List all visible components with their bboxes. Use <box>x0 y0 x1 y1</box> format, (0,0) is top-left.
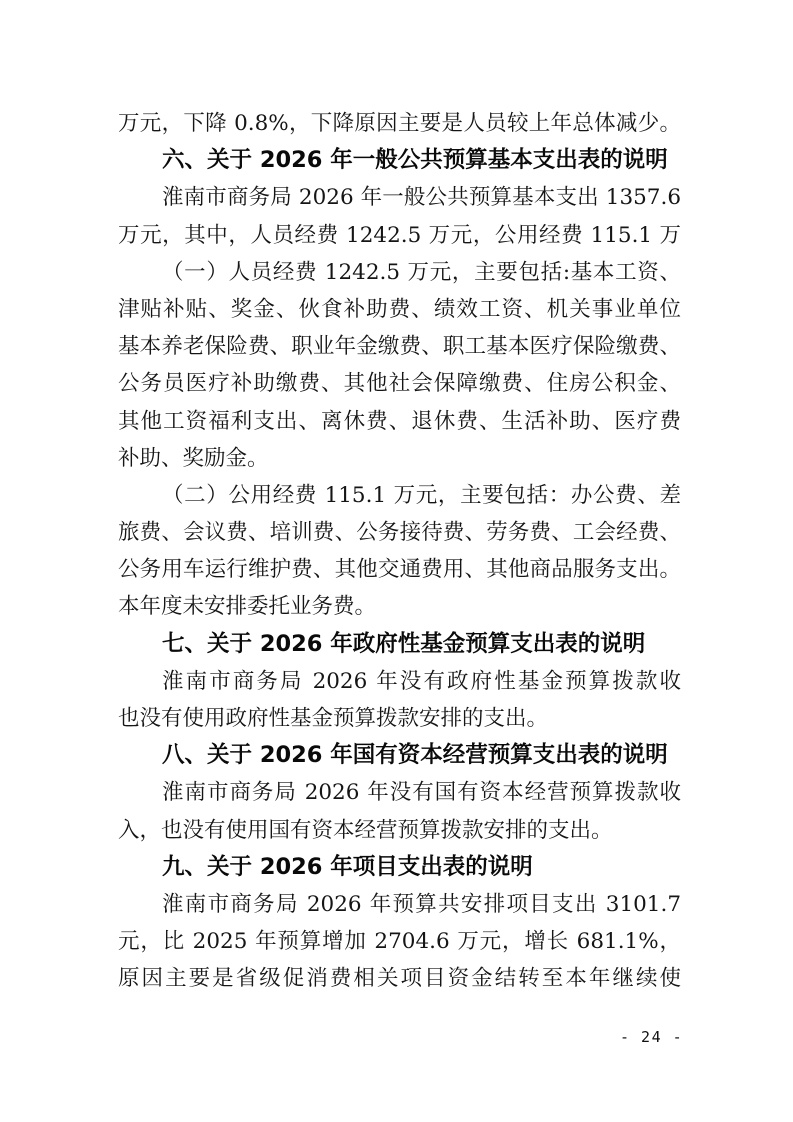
text-line: 公务用车运行维护费、其他交通费用、其他商品服务支出。 <box>118 551 681 588</box>
text-line: 淮南市商务局 2026 年一般公共预算基本支出 1357.6 <box>118 179 681 216</box>
text-line: 淮南市商务局 2026 年没有政府性基金预算拨款收入， <box>118 663 681 700</box>
text-line: 公务员医疗补助缴费、其他社会保障缴费、住房公积金、 <box>118 365 681 402</box>
text-line: 入，也没有使用国有资本经营预算拨款安排的支出。 <box>118 812 681 849</box>
text-line: 补助、奖励金。 <box>118 440 681 477</box>
text-line: 原因主要是省级促消费相关项目资金结转至本年继续使 <box>118 960 681 997</box>
text-line: 基本养老保险费、职业年金缴费、职工基本医疗保险缴费、 <box>118 328 681 365</box>
text-line: 元，比 2025 年预算增加 2704.6 万元，增长 681.1%，增长 <box>118 923 681 960</box>
section-heading-9: 九、关于 2026 年项目支出表的说明 <box>118 849 681 886</box>
document-page: 万元，下降 0.8%，下降原因主要是人员较上年总体减少。 六、关于 2026 年… <box>0 0 793 1122</box>
text-line: 本年度未安排委托业务费。 <box>118 588 681 625</box>
text-line: （一）人员经费 1242.5 万元，主要包括:基本工资、 <box>118 254 681 291</box>
text-line: 淮南市商务局 2026 年预算共安排项目支出 3101.7 万 <box>118 886 681 923</box>
section-heading-8: 八、关于 2026 年国有资本经营预算支出表的说明 <box>118 737 681 774</box>
text-line: （二）公用经费 115.1 万元，主要包括：办公费、差 <box>118 477 681 514</box>
text-line: 淮南市商务局 2026 年没有国有资本经营预算拨款收 <box>118 774 681 811</box>
section-heading-7: 七、关于 2026 年政府性基金预算支出表的说明 <box>118 626 681 663</box>
document-body: 万元，下降 0.8%，下降原因主要是人员较上年总体减少。 六、关于 2026 年… <box>118 105 681 998</box>
text-line: 其他工资福利支出、离休费、退休费、生活补助、医疗费 <box>118 403 681 440</box>
text-line: 万元，下降 0.8%，下降原因主要是人员较上年总体减少。 <box>118 105 681 142</box>
page-number: - 24 - <box>620 1028 683 1046</box>
text-line: 也没有使用政府性基金预算拨款安排的支出。 <box>118 700 681 737</box>
text-line: 万元，其中，人员经费 1242.5 万元，公用经费 115.1 万元。 <box>118 217 681 254</box>
section-heading-6: 六、关于 2026 年一般公共预算基本支出表的说明 <box>118 142 681 179</box>
text-line: 旅费、会议费、培训费、公务接待费、劳务费、工会经费、 <box>118 514 681 551</box>
text-line: 津贴补贴、奖金、伙食补助费、绩效工资、机关事业单位 <box>118 291 681 328</box>
